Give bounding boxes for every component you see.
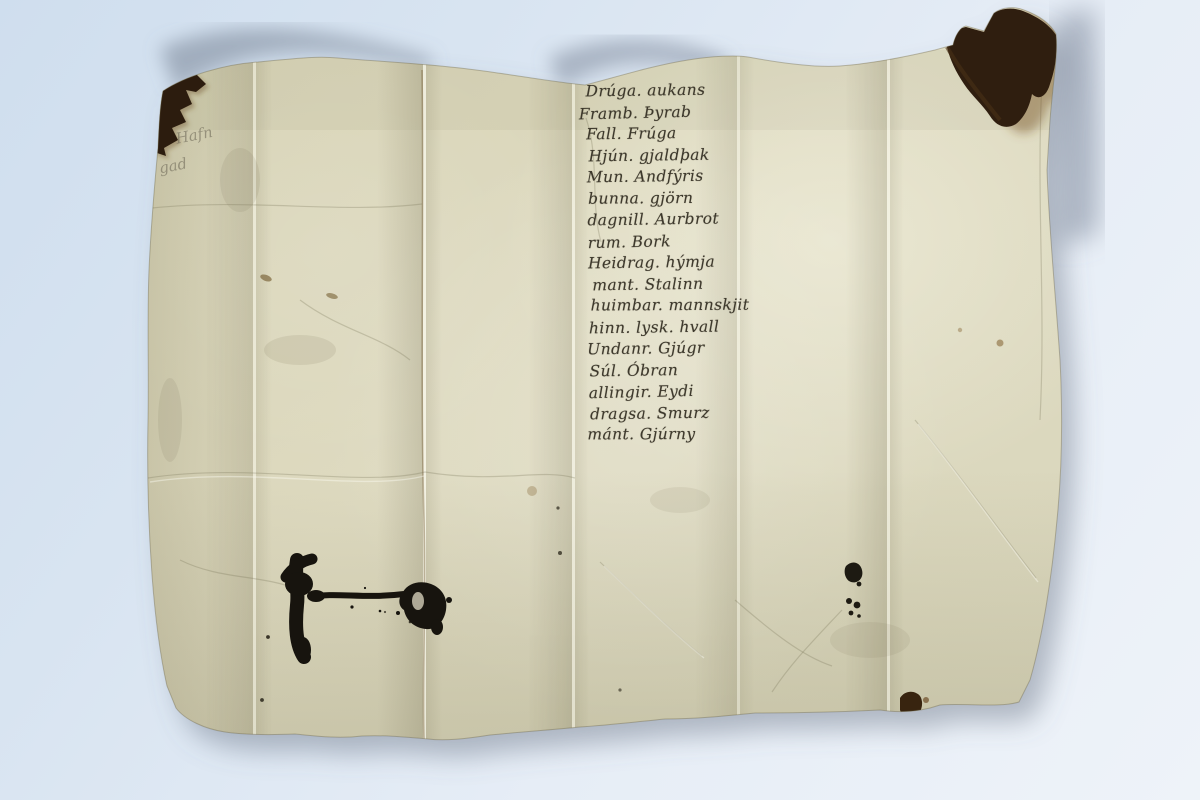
manuscript-line: bunna. gjörn [588, 187, 788, 210]
manuscript-line: mánt. Gjúrny [587, 424, 787, 446]
manuscript-line: Hjún. gjaldþak [588, 143, 788, 167]
manuscript-line: dragsa. Smurz [590, 401, 790, 425]
manuscript-line: rum. Bork [587, 228, 787, 254]
manuscript-line: Undanr. Gjúgr [587, 337, 787, 361]
manuscript-text-column: Drúga. aukans Framb. Þyrab Fall. Frúga H… [585, 79, 790, 447]
manuscript-line: allingir. Eydi [589, 379, 789, 405]
manuscript-line: mant. Stalinn [592, 272, 792, 296]
burn-mark-left-edge [136, 585, 149, 619]
manuscript-line: Drúga. aukans [585, 79, 785, 103]
manuscript-line: hinn. lysk. hvall [589, 315, 789, 339]
manuscript-line: Fall. Frúga [586, 122, 786, 146]
manuscript-line: Heidrag. hýmja [588, 251, 788, 275]
ink-blot-highlight [412, 592, 424, 610]
manuscript-line: Framb. Þyrab [579, 99, 779, 125]
manuscript-line: Mun. Andfýris [587, 165, 787, 189]
photo-scene: Drúga. aukans Framb. Þyrab Fall. Frúga H… [0, 0, 1200, 800]
manuscript-line: huimbar. mannskjit [591, 294, 791, 317]
manuscript-line: dagnill. Aurbrot [587, 208, 787, 232]
